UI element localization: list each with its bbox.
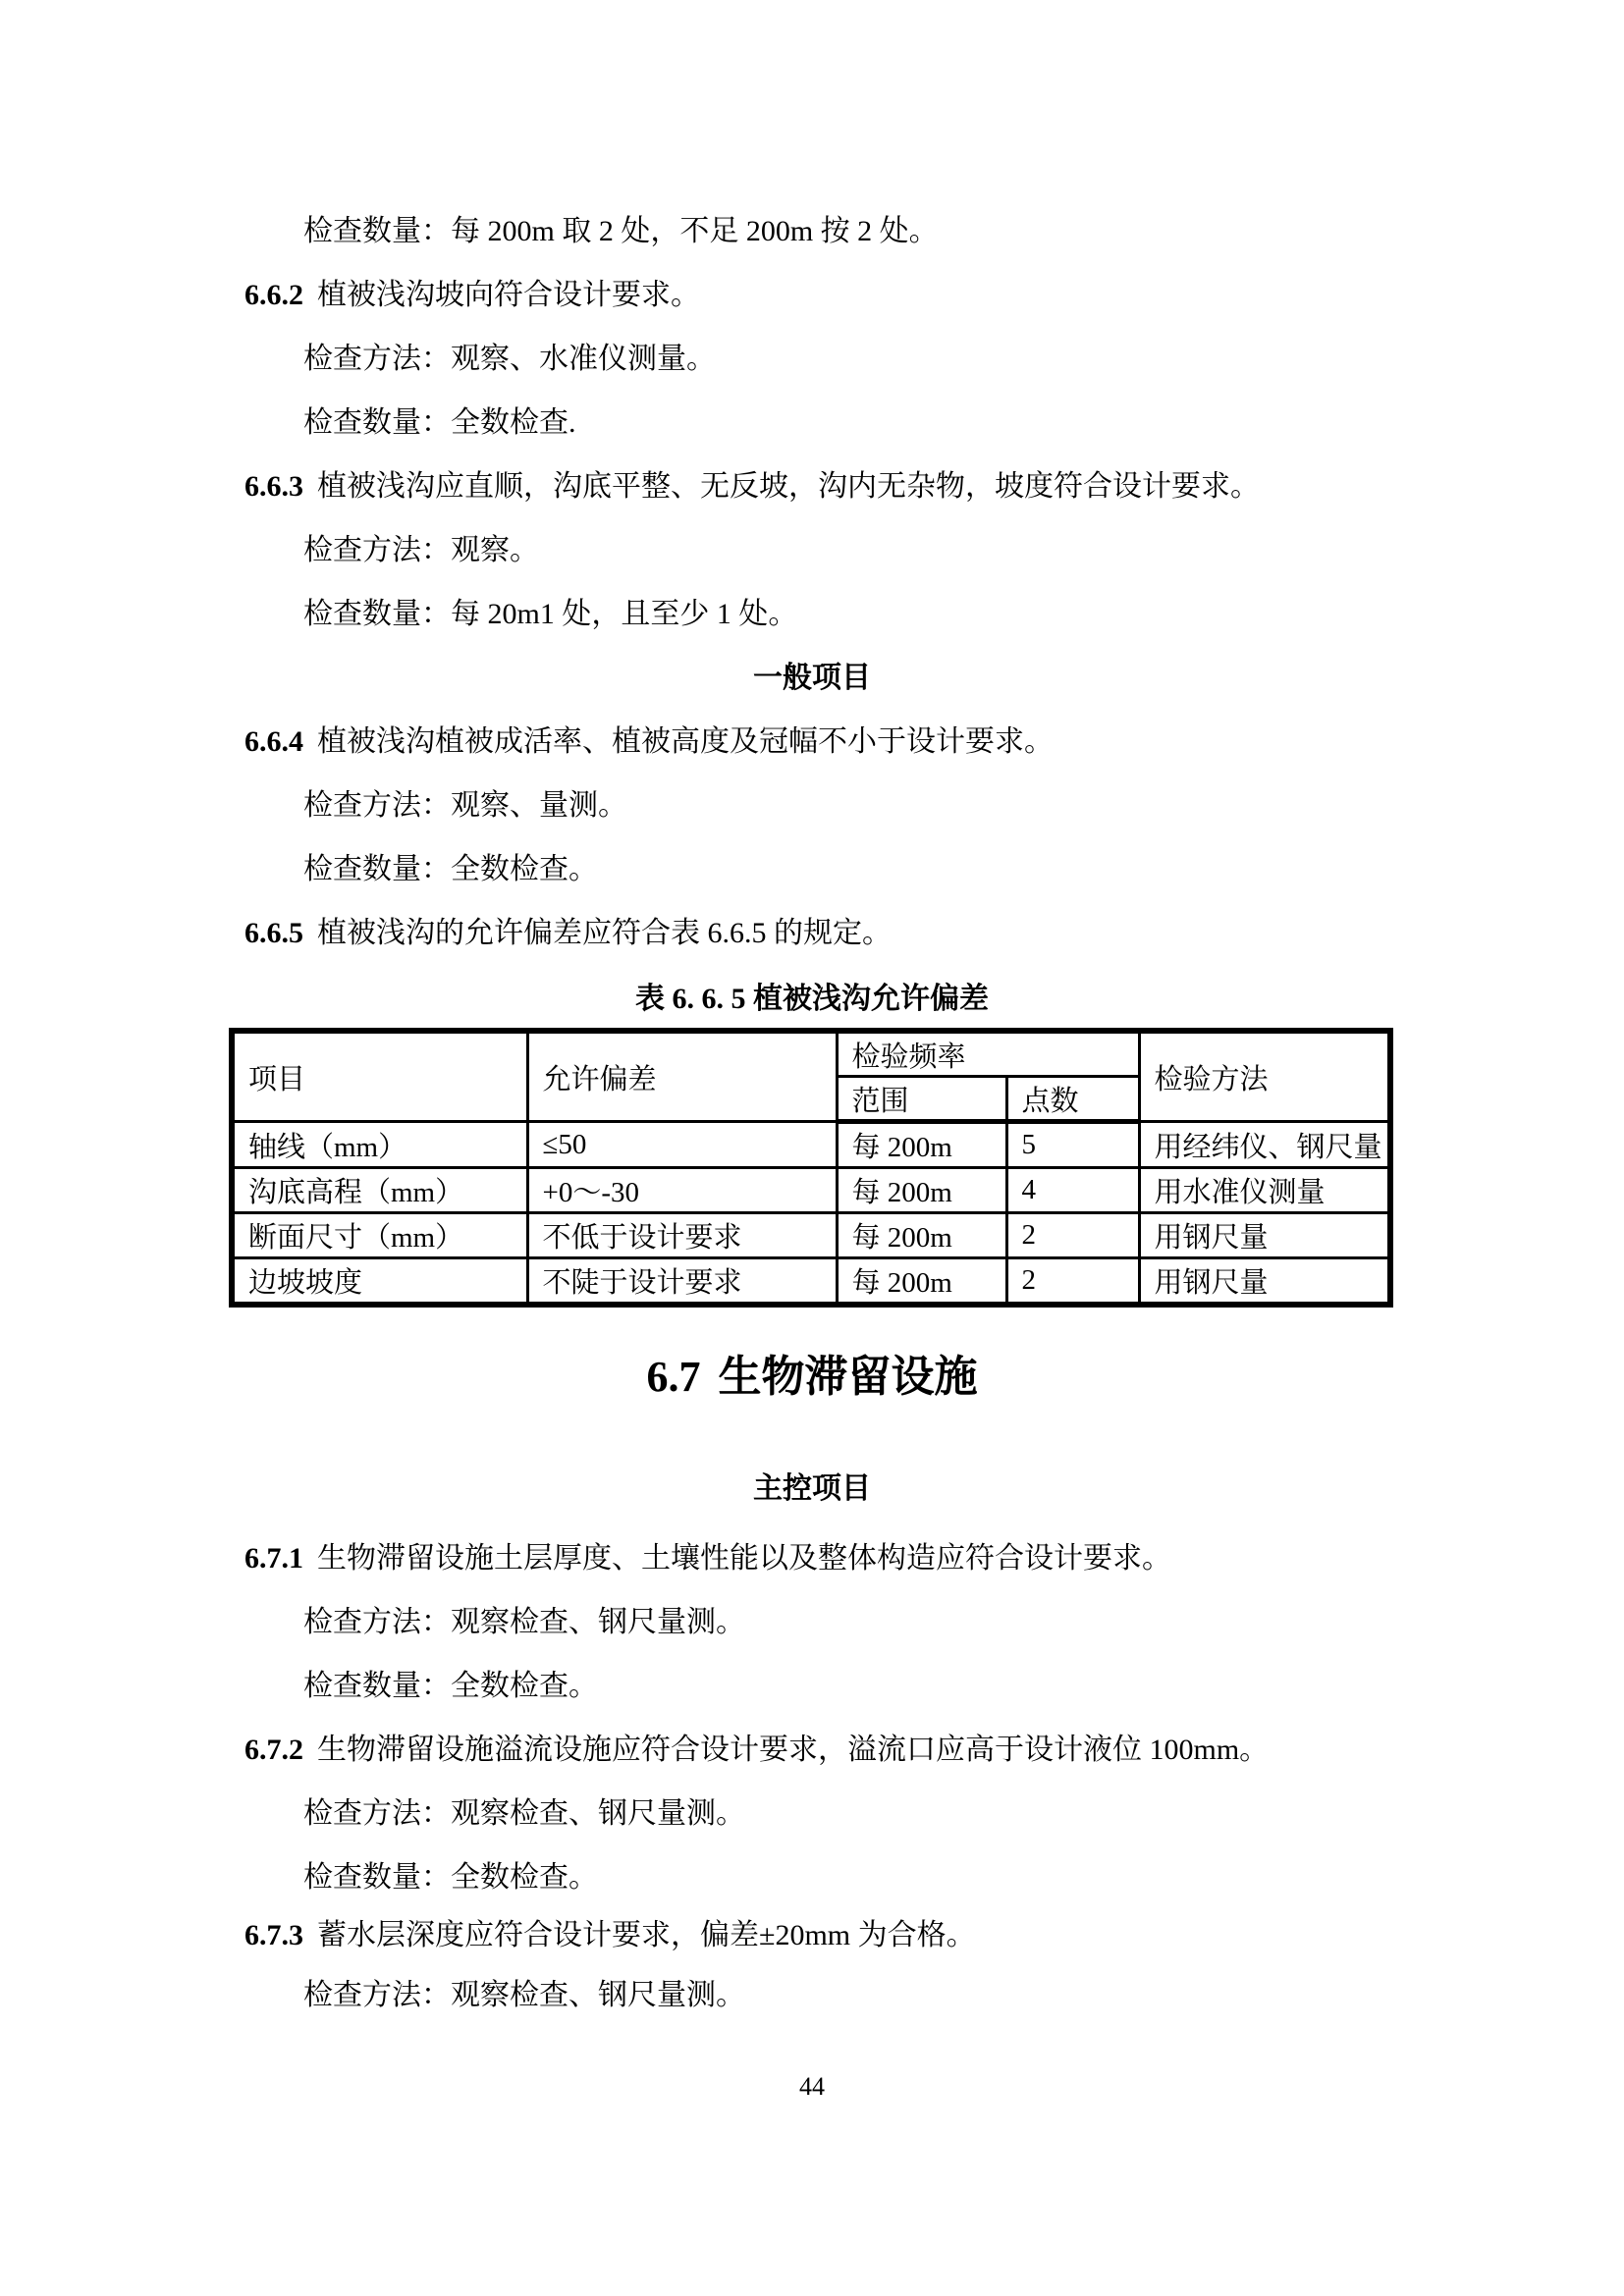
check-method-line: 检查方法：观察、量测。 <box>303 786 1394 826</box>
document-page: 检查数量：每 200m 取 2 处，不足 200m 按 2 处。 6.6.2植被… <box>0 0 1624 2296</box>
cell-item: 轴线（mm） <box>232 1122 527 1168</box>
check-method-line: 检查方法：观察检查、钢尺量测。 <box>303 1603 1394 1642</box>
cell-tolerance: ≤50 <box>527 1122 837 1168</box>
line-text: 检查方法：观察检查、钢尺量测。 <box>303 1797 745 1830</box>
header-method: 检验方法 <box>1139 1031 1390 1122</box>
clause-number: 6.6.5 <box>244 917 303 949</box>
cell-method: 用水准仪测量 <box>1139 1168 1390 1213</box>
check-quantity-line: 检查数量：全数检查。 <box>303 1858 1394 1897</box>
group-heading-general-items: 一般项目 <box>0 659 1624 698</box>
cell-tolerance: 不低于设计要求 <box>527 1213 837 1258</box>
header-points: 点数 <box>1006 1077 1139 1122</box>
page-number: 44 <box>0 2071 1624 2103</box>
group-heading-main-control-items: 主控项目 <box>0 1469 1624 1509</box>
line-text: 检查方法：观察、量测。 <box>303 789 627 822</box>
clause-number: 6.6.2 <box>244 279 303 311</box>
line-text: 检查方法：观察。 <box>303 534 539 566</box>
clause-6-6-3: 6.6.3植被浅沟应直顺，沟底平整、无反坡，沟内无杂物，坡度符合设计要求。 <box>244 467 1394 507</box>
check-quantity-line: 检查数量：全数检查。 <box>303 1667 1394 1706</box>
section-number: 6.7 <box>647 1353 701 1401</box>
cell-item: 沟底高程（mm） <box>232 1168 527 1213</box>
clause-text: 植被浅沟坡向符合设计要求。 <box>317 279 700 311</box>
header-range: 范围 <box>837 1077 1006 1122</box>
line-text: 检查数量：全数检查。 <box>303 1670 598 1702</box>
check-quantity-line: 检查数量：每 200m 取 2 处，不足 200m 按 2 处。 <box>303 212 1394 251</box>
cell-method: 用经纬仪、钢尺量 <box>1139 1122 1390 1168</box>
cell-points: 4 <box>1006 1168 1139 1213</box>
clause-text: 植被浅沟应直顺，沟底平整、无反坡，沟内无杂物，坡度符合设计要求。 <box>317 470 1260 503</box>
table-row: 边坡坡度 不陡于设计要求 每 200m 2 用钢尺量 <box>232 1258 1390 1306</box>
clause-text: 生物滞留设施土层厚度、土壤性能以及整体构造应符合设计要求。 <box>317 1542 1171 1575</box>
cell-method: 用钢尺量 <box>1139 1213 1390 1258</box>
clause-6-6-2: 6.6.2植被浅沟坡向符合设计要求。 <box>244 276 1394 315</box>
cell-tolerance: 不陡于设计要求 <box>527 1258 837 1306</box>
cell-tolerance: +0～-30 <box>527 1168 837 1213</box>
header-item: 项目 <box>232 1031 527 1122</box>
header-tolerance: 允许偏差 <box>527 1031 837 1122</box>
clause-6-7-1: 6.7.1生物滞留设施土层厚度、土壤性能以及整体构造应符合设计要求。 <box>244 1539 1394 1578</box>
section-title: 生物滞留设施 <box>719 1353 978 1401</box>
clause-number: 6.7.1 <box>244 1542 303 1575</box>
line-text: 检查数量：全数检查。 <box>303 853 598 885</box>
clause-number: 6.7.3 <box>244 1919 303 1951</box>
clause-number: 6.6.3 <box>244 470 303 503</box>
table-row: 轴线（mm） ≤50 每 200m 5 用经纬仪、钢尺量 <box>232 1122 1390 1168</box>
clause-6-6-5: 6.6.5植被浅沟的允许偏差应符合表 6.6.5 的规定。 <box>244 914 1394 953</box>
check-quantity-line: 检查数量：全数检查。 <box>303 850 1394 889</box>
cell-range: 每 200m <box>837 1168 1006 1213</box>
clause-text: 蓄水层深度应符合设计要求，偏差±20mm 为合格。 <box>317 1919 976 1951</box>
line-text: 检查数量：每 20m1 处，且至少 1 处。 <box>303 598 797 630</box>
cell-item: 断面尺寸（mm） <box>232 1213 527 1258</box>
line-text: 检查数量：全数检查。 <box>303 1861 598 1894</box>
clause-number: 6.6.4 <box>244 725 303 758</box>
clause-6-7-3: 6.7.3蓄水层深度应符合设计要求，偏差±20mm 为合格。 <box>244 1916 1394 1955</box>
cell-points: 5 <box>1006 1122 1139 1168</box>
table-title: 表 6. 6. 5 植被浅沟允许偏差 <box>0 980 1624 1019</box>
table-row: 沟底高程（mm） +0～-30 每 200m 4 用水准仪测量 <box>232 1168 1390 1213</box>
clause-6-6-4: 6.6.4植被浅沟植被成活率、植被高度及冠幅不小于设计要求。 <box>244 722 1394 762</box>
header-frequency: 检验频率 <box>837 1031 1139 1077</box>
cell-item: 边坡坡度 <box>232 1258 527 1306</box>
check-method-line: 检查方法：观察检查、钢尺量测。 <box>303 1976 1394 2015</box>
line-text: 检查方法：观察检查、钢尺量测。 <box>303 1606 745 1638</box>
line-text: 检查数量：每 200m 取 2 处，不足 200m 按 2 处。 <box>303 215 939 247</box>
cell-points: 2 <box>1006 1213 1139 1258</box>
clause-6-7-2: 6.7.2生物滞留设施溢流设施应符合设计要求，溢流口应高于设计液位 100mm。 <box>244 1731 1394 1770</box>
cell-points: 2 <box>1006 1258 1139 1306</box>
clause-text: 植被浅沟的允许偏差应符合表 6.6.5 的规定。 <box>317 917 892 949</box>
deviation-table: 项目 允许偏差 检验频率 检验方法 范围 点数 轴线（mm） ≤50 每 200… <box>229 1028 1387 1308</box>
clause-text: 生物滞留设施溢流设施应符合设计要求，溢流口应高于设计液位 100mm。 <box>317 1734 1269 1766</box>
cell-range: 每 200m <box>837 1258 1006 1306</box>
check-method-line: 检查方法：观察。 <box>303 531 1394 570</box>
cell-range: 每 200m <box>837 1122 1006 1168</box>
check-quantity-line: 检查数量：全数检查. <box>303 403 1394 443</box>
line-text: 检查数量：全数检查. <box>303 406 576 439</box>
check-method-line: 检查方法：观察、水准仪测量。 <box>303 340 1394 379</box>
cell-range: 每 200m <box>837 1213 1006 1258</box>
cell-method: 用钢尺量 <box>1139 1258 1390 1306</box>
line-text: 检查方法：观察检查、钢尺量测。 <box>303 1979 745 2011</box>
section-heading-6-7: 6.7生物滞留设施 <box>0 1353 1624 1402</box>
clause-number: 6.7.2 <box>244 1734 303 1766</box>
line-text: 检查方法：观察、水准仪测量。 <box>303 343 716 375</box>
clause-text: 植被浅沟植被成活率、植被高度及冠幅不小于设计要求。 <box>317 725 1054 758</box>
check-method-line: 检查方法：观察检查、钢尺量测。 <box>303 1794 1394 1834</box>
table-row: 断面尺寸（mm） 不低于设计要求 每 200m 2 用钢尺量 <box>232 1213 1390 1258</box>
check-quantity-line: 检查数量：每 20m1 处，且至少 1 处。 <box>303 595 1394 634</box>
